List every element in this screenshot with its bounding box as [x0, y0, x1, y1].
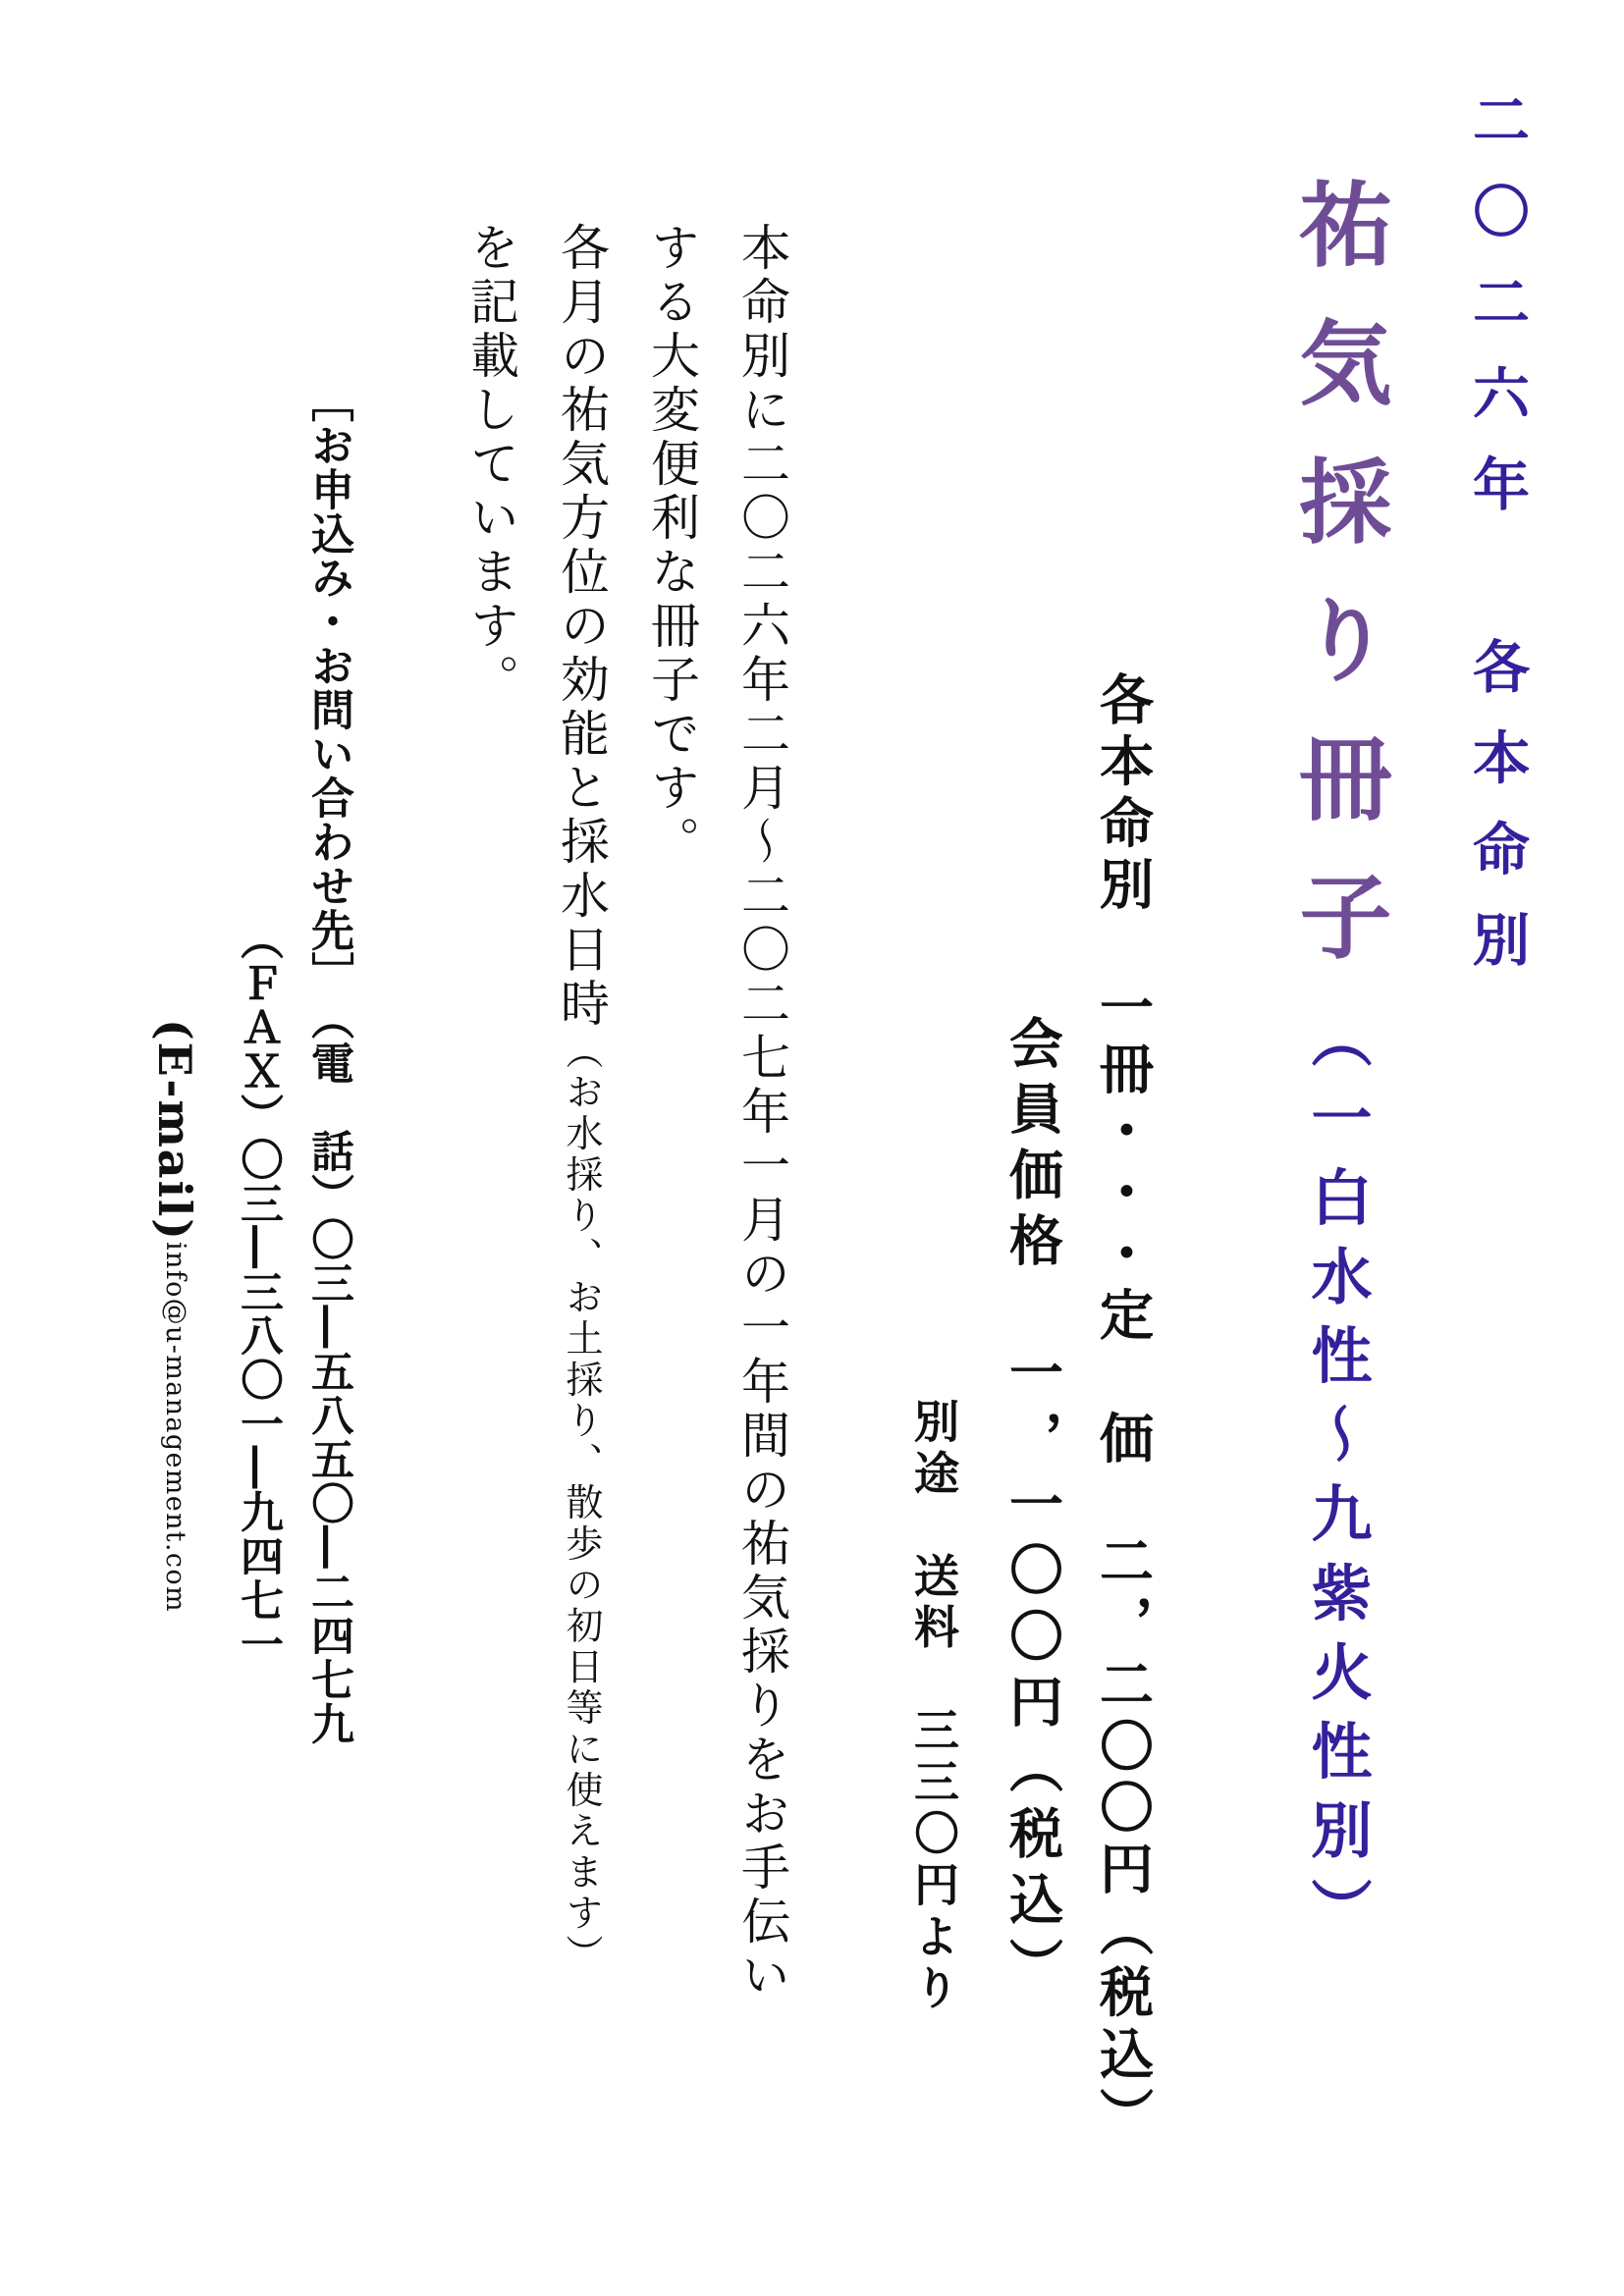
email-label: (E-mail): [148, 1019, 201, 1242]
body-line-3-main: 各月の祐気方位の効能と採水日時: [553, 222, 610, 1032]
price-regular-line: 各本命別 一冊・・・定 価 二，二〇〇円（税込）: [1086, 671, 1159, 2149]
email-address: info@u-management.com: [160, 1242, 190, 1613]
contact-fax: （ＦＡＸ）〇三―三八〇一―九四七一: [228, 917, 287, 1666]
year-category-line: 二〇二六年 各本命別: [1455, 90, 1538, 1001]
page-title-range: （一白水性～九紫火性別）: [1301, 1007, 1373, 1956]
price-member-line: 会員価格 一，一〇〇円（税込）: [996, 1015, 1068, 2003]
body-line-1: 本命別に二〇二六年二月～二〇二七年一月の一年間の祐気採りをお手伝い: [730, 222, 794, 2003]
body-line-4: を記載しています。: [459, 222, 523, 708]
body-line-3-note: （お水採り、お土採り、散歩の初日等に使えます）: [560, 1032, 603, 1975]
body-line-2: する大変便利な冊子です。: [639, 222, 704, 870]
shipping-note: 別途 送料 三三〇円より: [903, 1398, 964, 2015]
contact-heading-and-phone: ［お申込み・お問い合わせ先］ （電 話）〇三―五八五〇―二四七九: [298, 379, 357, 1745]
contact-email-line: (E-mail)info@u-management.com: [145, 1019, 204, 1613]
page-title: 祐気採り冊子: [1283, 177, 1390, 1007]
flyer-page: { "page": { "kind": "vertical-japanese-f…: [0, 0, 1624, 2296]
body-line-3: 各月の祐気方位の効能と採水日時（お水採り、お土採り、散歩の初日等に使えます）: [549, 222, 614, 1975]
title-column: 祐気採り冊子（一白水性～九紫火性別）: [1265, 177, 1408, 1956]
